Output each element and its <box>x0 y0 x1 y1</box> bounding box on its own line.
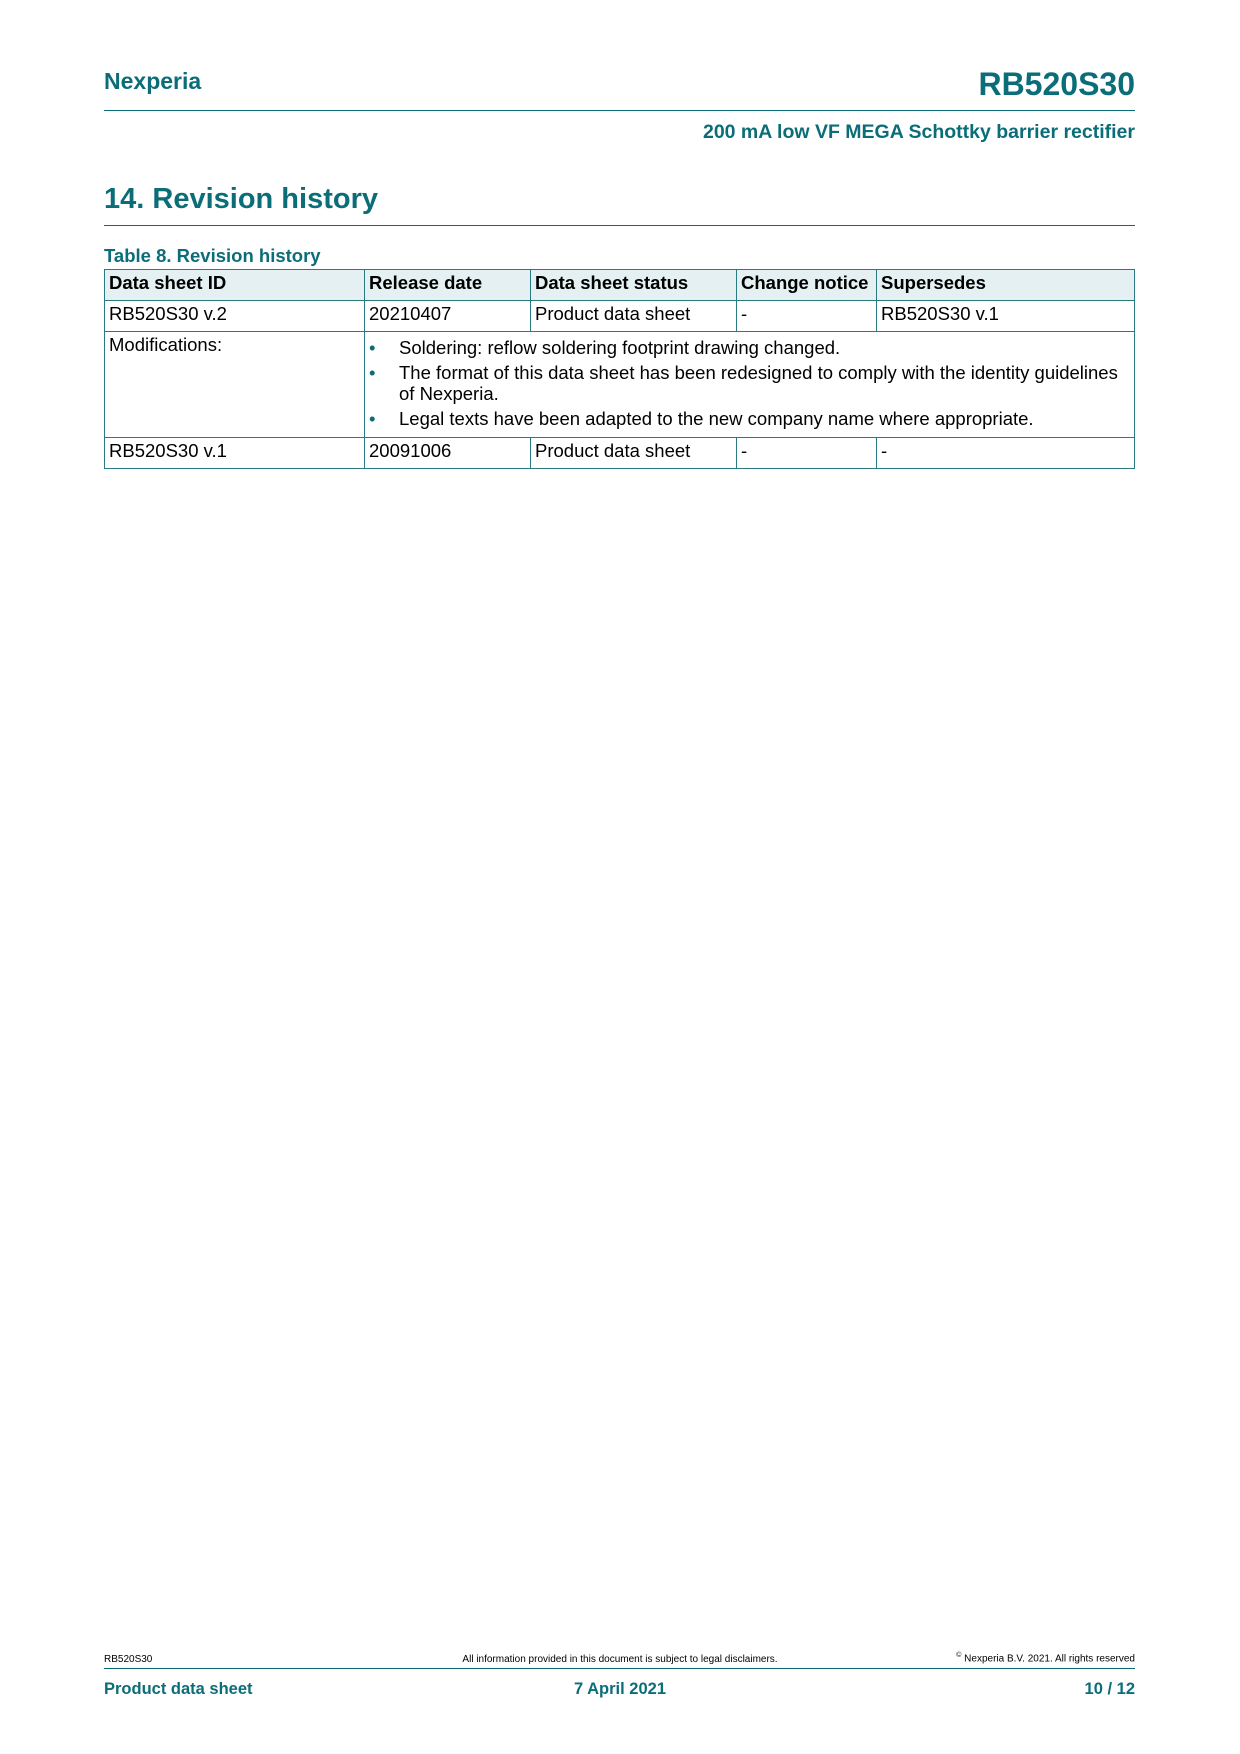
company-name: Nexperia <box>104 68 201 95</box>
bullet-icon: • <box>369 337 375 358</box>
modification-item: •The format of this data sheet has been … <box>369 362 1130 404</box>
cell-status: Product data sheet <box>531 438 737 469</box>
footer-copyright: © Nexperia B.V. 2021. All rights reserve… <box>956 1652 1135 1664</box>
section-divider <box>104 225 1135 226</box>
bullet-icon: • <box>369 362 375 383</box>
column-header-status: Data sheet status <box>531 270 737 301</box>
modification-item: •Soldering: reflow soldering footprint d… <box>369 337 1130 358</box>
footer-divider <box>104 1668 1135 1669</box>
table-row: RB520S30 v.2 20210407 Product data sheet… <box>105 301 1135 332</box>
bullet-icon: • <box>369 408 375 429</box>
product-subtitle: 200 mA low VF MEGA Schottky barrier rect… <box>703 121 1135 144</box>
part-number: RB520S30 <box>978 66 1135 103</box>
modifications-list: •Soldering: reflow soldering footprint d… <box>369 337 1130 429</box>
footer-date: 7 April 2021 <box>0 1680 1240 1699</box>
cell-change-notice: - <box>737 438 877 469</box>
cell-supersedes: - <box>877 438 1135 469</box>
cell-supersedes: RB520S30 v.1 <box>877 301 1135 332</box>
cell-release-date: 20091006 <box>365 438 531 469</box>
table-caption: Table 8. Revision history <box>104 245 321 267</box>
header-divider <box>104 110 1135 111</box>
column-header-supersedes: Supersedes <box>877 270 1135 301</box>
modifications-label: Modifications: <box>105 332 365 438</box>
cell-id: RB520S30 v.2 <box>105 301 365 332</box>
cell-change-notice: - <box>737 301 877 332</box>
table-header-row: Data sheet ID Release date Data sheet st… <box>105 270 1135 301</box>
modification-item: •Legal texts have been adapted to the ne… <box>369 408 1130 429</box>
cell-release-date: 20210407 <box>365 301 531 332</box>
modifications-row: Modifications: •Soldering: reflow solder… <box>105 332 1135 438</box>
column-header-release-date: Release date <box>365 270 531 301</box>
column-header-id: Data sheet ID <box>105 270 365 301</box>
column-header-change-notice: Change notice <box>737 270 877 301</box>
section-title: 14. Revision history <box>104 183 378 216</box>
cell-status: Product data sheet <box>531 301 737 332</box>
revision-history-table: Data sheet ID Release date Data sheet st… <box>104 269 1135 469</box>
registered-mark-icon: © <box>956 1652 961 1659</box>
cell-id: RB520S30 v.1 <box>105 438 365 469</box>
modifications-cell: •Soldering: reflow soldering footprint d… <box>365 332 1135 438</box>
table-row: RB520S30 v.1 20091006 Product data sheet… <box>105 438 1135 469</box>
footer-page-number: 10 / 12 <box>1085 1680 1135 1699</box>
